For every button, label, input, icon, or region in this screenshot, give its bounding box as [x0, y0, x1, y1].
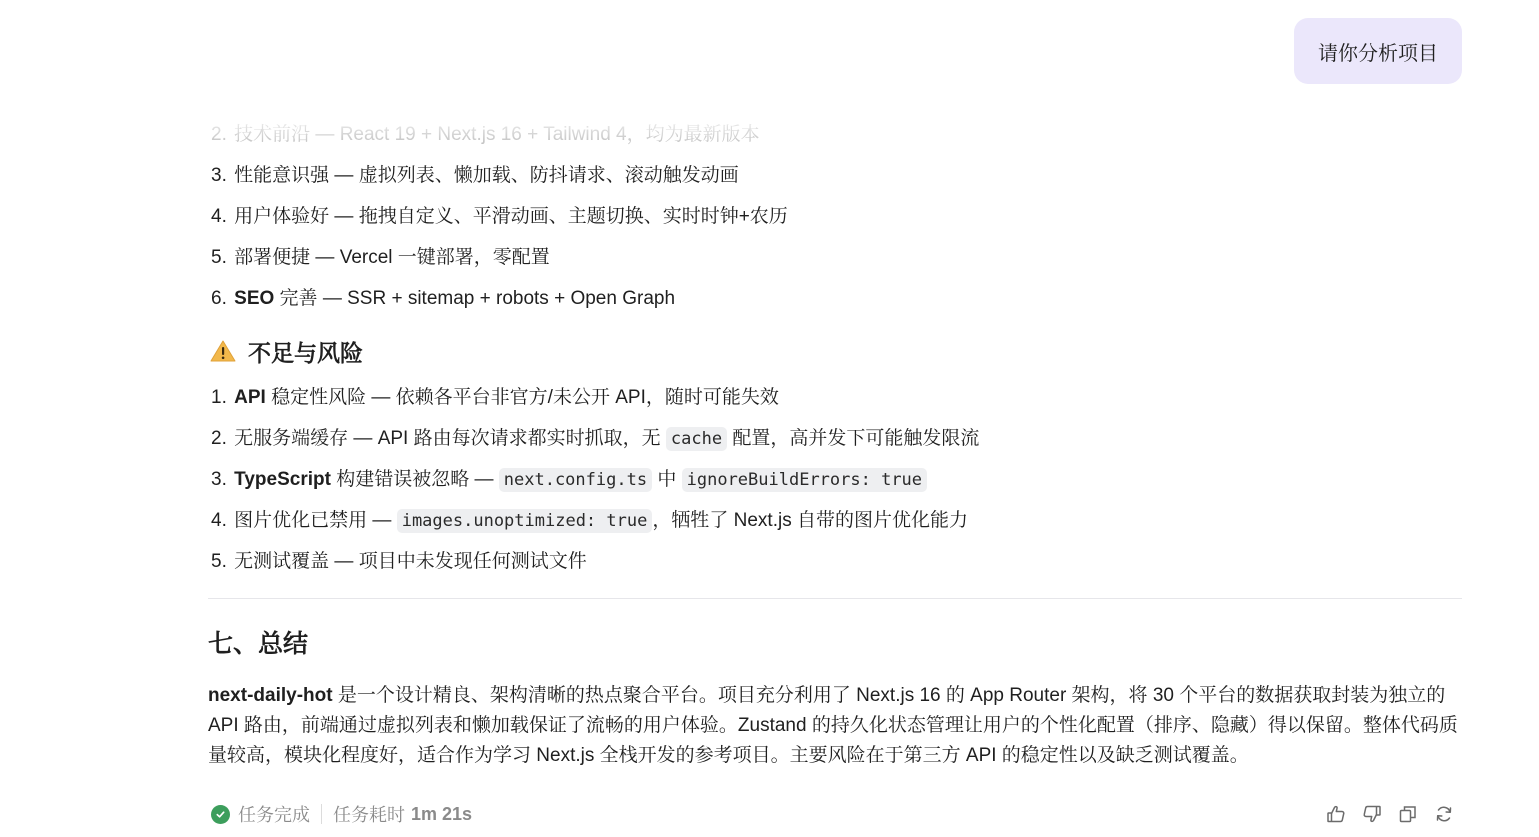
list-item: 4. 用户体验好 — 拖拽自定义、平滑动画、主题切换、实时时钟+农历 — [208, 196, 1462, 237]
copy-button[interactable] — [1398, 804, 1418, 824]
list-item: 1. API 稳定性风险 — 依赖各平台非官方/未公开 API，随时可能失效 — [208, 377, 1462, 418]
list-item: 5. 无测试覆盖 — 项目中未发现任何测试文件 — [208, 541, 1462, 582]
regenerate-button[interactable] — [1434, 804, 1454, 824]
chat-page: 请你分析项目 2. 技术前沿 — React 19 + Next.js 16 +… — [0, 0, 1539, 837]
strengths-list: 2. 技术前沿 — React 19 + Next.js 16 + Tailwi… — [208, 114, 1462, 319]
elapsed-value: 1m 21s — [411, 804, 472, 825]
list-item: 3. TypeScript 构建错误被忽略 — next.config.ts 中… — [208, 459, 1462, 500]
summary-paragraph: next-daily-hot 是一个设计精良、架构清晰的热点聚合平台。项目充分利… — [208, 681, 1462, 771]
check-circle-icon — [211, 805, 230, 824]
elapsed-label: 任务耗时 — [333, 801, 405, 827]
list-item: 2. 技术前沿 — React 19 + Next.js 16 + Tailwi… — [208, 114, 1462, 155]
inline-code: next.config.ts — [499, 468, 652, 492]
separator — [321, 804, 322, 824]
warning-icon — [210, 339, 236, 363]
list-item: 3. 性能意识强 — 虚拟列表、懒加载、防抖请求、滚动触发动画 — [208, 155, 1462, 196]
task-status: 任务完成 任务耗时 1m 21s — [208, 801, 472, 827]
risks-heading: 不足与风险 — [210, 331, 1462, 371]
response-footer: 任务完成 任务耗时 1m 21s — [208, 800, 1462, 828]
thumbs-up-button[interactable] — [1326, 804, 1346, 824]
refresh-icon — [1434, 804, 1454, 824]
summary-heading: 七、总结 — [208, 627, 1462, 661]
message-actions — [1326, 804, 1454, 824]
list-item: 4. 图片优化已禁用 — images.unoptimized: true，牺牲… — [208, 500, 1462, 541]
thumbs-up-icon — [1326, 804, 1346, 824]
thumbs-down-button[interactable] — [1362, 804, 1382, 824]
inline-code: ignoreBuildErrors: true — [682, 468, 927, 492]
inline-code: images.unoptimized: true — [397, 509, 653, 533]
user-message-bubble: 请你分析项目 — [1294, 18, 1462, 84]
thumbs-down-icon — [1362, 804, 1382, 824]
status-label: 任务完成 — [238, 801, 310, 827]
copy-icon — [1398, 804, 1418, 824]
user-message-text: 请你分析项目 — [1318, 37, 1438, 66]
list-item: 5. 部署便捷 — Vercel 一键部署，零配置 — [208, 237, 1462, 278]
list-item: 6. SEO 完善 — SSR + sitemap + robots + Ope… — [208, 278, 1462, 319]
risks-list: 1. API 稳定性风险 — 依赖各平台非官方/未公开 API，随时可能失效 2… — [208, 377, 1462, 582]
list-item: 2. 无服务端缓存 — API 路由每次请求都实时抓取，无 cache 配置，高… — [208, 418, 1462, 459]
inline-code: cache — [666, 427, 727, 451]
assistant-response: 2. 技术前沿 — React 19 + Next.js 16 + Tailwi… — [208, 114, 1462, 771]
section-divider — [208, 598, 1462, 599]
